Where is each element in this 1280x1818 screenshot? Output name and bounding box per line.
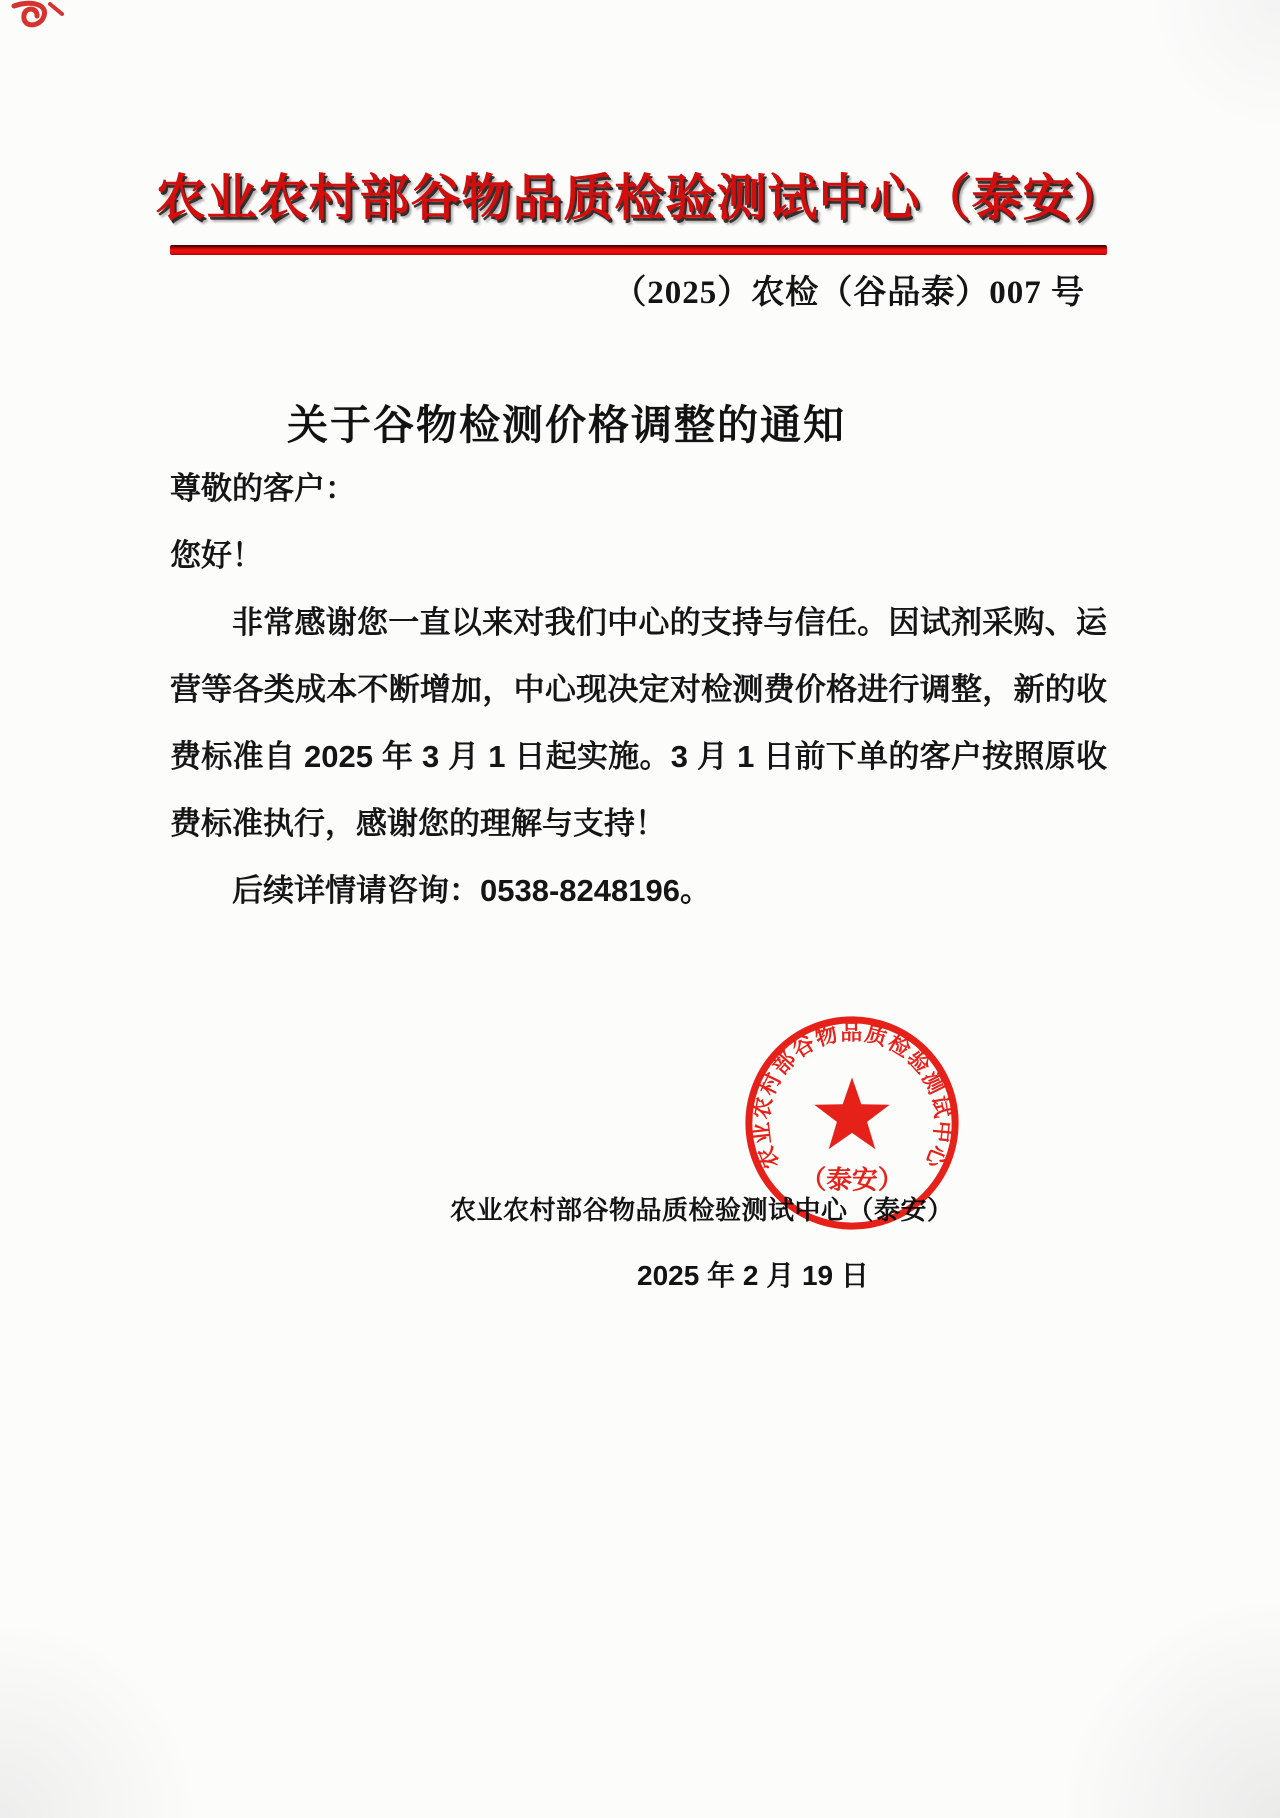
document-number: （2025）农检（谷品泰）007 号 xyxy=(613,266,1085,313)
seal-star-icon xyxy=(814,1077,889,1149)
salutation: 尊敬的客户： xyxy=(170,455,1107,522)
paragraph-line: 费标准自 2025 年 3 月 1 日起实施。3 月 1 日前下单的客户按照原收 xyxy=(170,723,1107,790)
document-page: 农业农村部谷物品质检验测试中心（泰安） （2025）农检（谷品泰）007 号 关… xyxy=(0,0,1280,1818)
seal-inner-label: （泰安） xyxy=(800,1164,903,1194)
paragraph-line: 非常感谢您一直以来对我们中心的支持与信任。因试剂采购、运 xyxy=(170,589,1107,656)
official-seal-stamp: 农业农村部谷物品质检验测试中心 （泰安） xyxy=(733,1004,971,1242)
paragraph-line: 费标准执行，感谢您的理解与支持！ xyxy=(170,790,1107,857)
notice-body: 尊敬的客户： 您好！ 非常感谢您一直以来对我们中心的支持与信任。因试剂采购、运 … xyxy=(170,455,1107,924)
paragraph-line: 营等各类成本不断增加，中心现决定对检测费价格进行调整，新的收 xyxy=(170,656,1107,723)
letterhead-org-name: 农业农村部谷物品质检验测试中心（泰安） xyxy=(0,158,1280,230)
signature-date: 2025 年 2 月 19 日 xyxy=(637,1254,869,1294)
greeting: 您好！ xyxy=(170,522,1107,589)
corner-red-pen-mark xyxy=(4,0,84,60)
letterhead-divider-rule xyxy=(170,245,1107,255)
notice-title: 关于谷物检测价格调整的通知 xyxy=(287,392,846,451)
contact-line: 后续详情请咨询：0538-8248196。 xyxy=(170,857,1107,924)
